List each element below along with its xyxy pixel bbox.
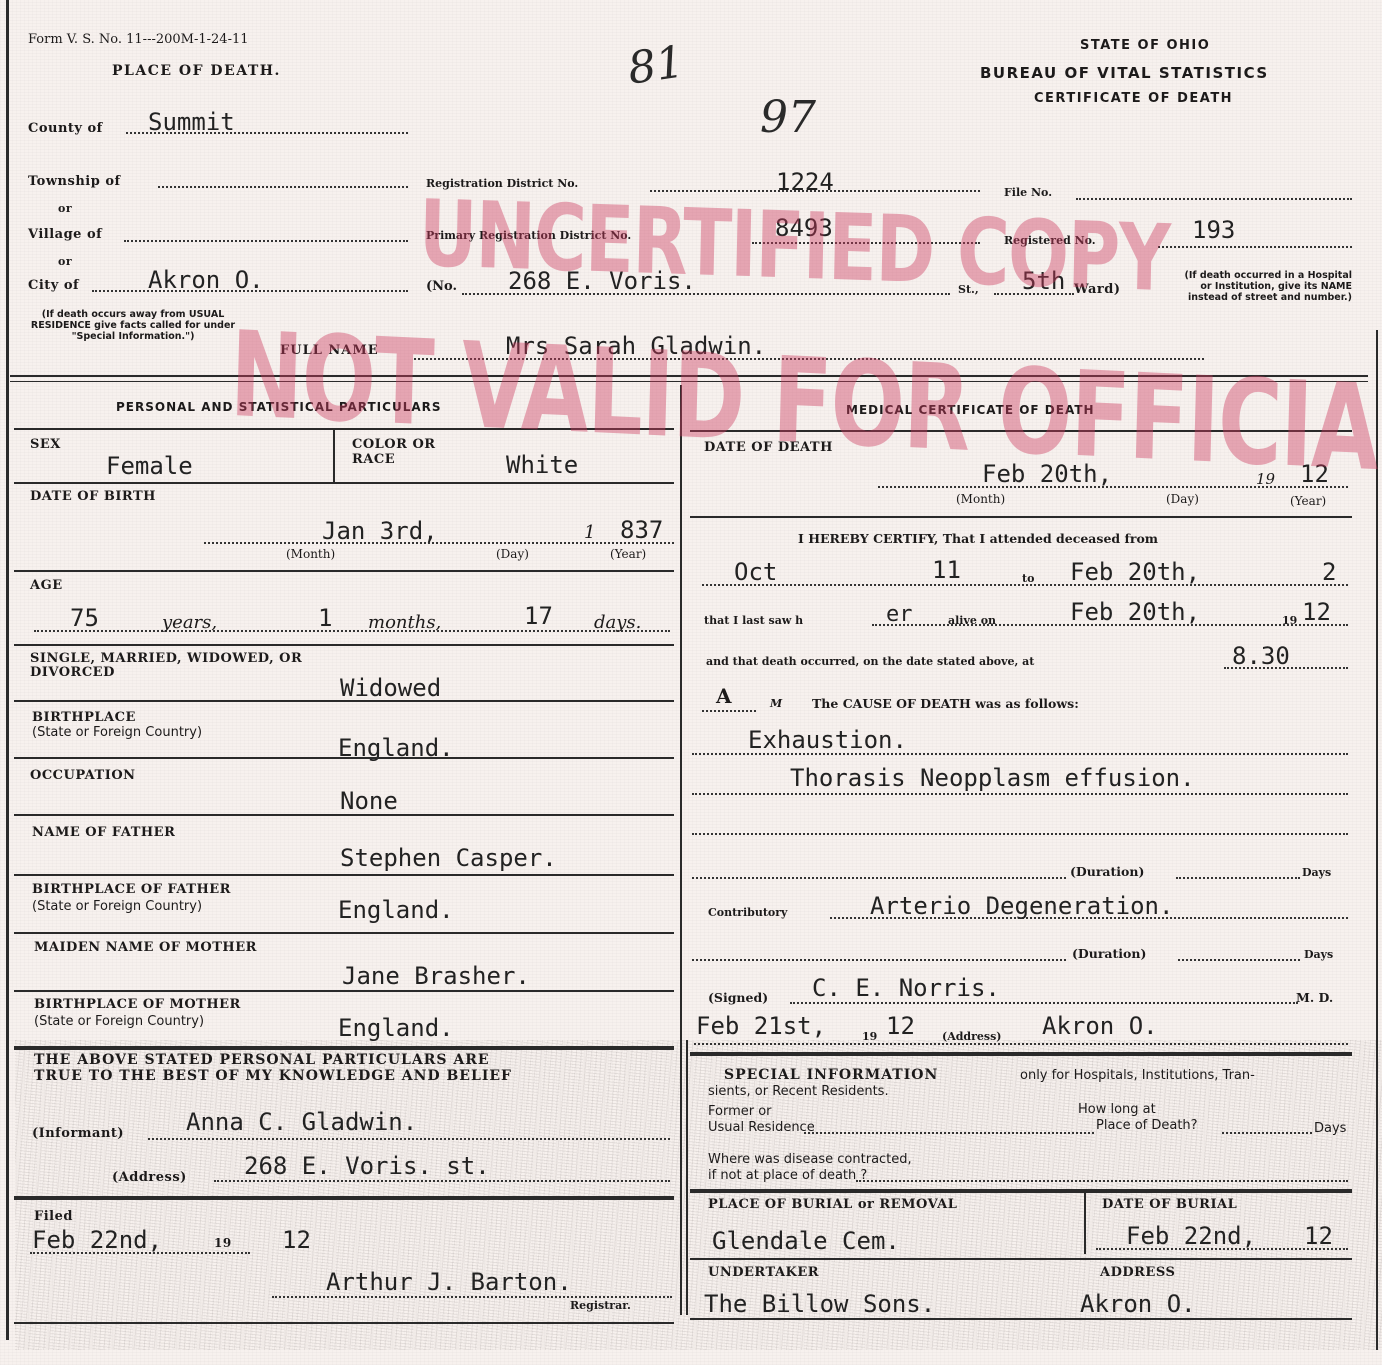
mother-birthplace-sub: (State or Foreign Country) — [34, 1014, 204, 1029]
father-name-value[interactable]: Stephen Casper. — [340, 844, 557, 872]
row-rule — [14, 700, 674, 702]
medical-heading-rule — [690, 430, 1352, 432]
days-label-2: Days — [1304, 948, 1333, 961]
right-border — [1376, 330, 1378, 1350]
how-long-label-1: How long at — [1078, 1102, 1156, 1117]
burial-place-value[interactable]: Glendale Cem. — [712, 1227, 900, 1255]
signed-date-line — [694, 1043, 1348, 1045]
handwritten-number-81: 81 — [625, 36, 688, 94]
days-label-1: Days — [1302, 866, 1331, 879]
street-no-value[interactable]: 268 E. Voris. — [508, 267, 696, 295]
row-rule — [690, 1258, 1352, 1260]
township-line[interactable] — [158, 186, 408, 188]
duration-line-2[interactable] — [692, 959, 1066, 961]
former-residence-label-1: Former or — [708, 1104, 772, 1119]
full-name-label: FULL NAME — [280, 343, 379, 358]
cause-line-3[interactable] — [692, 833, 1348, 835]
row-rule — [14, 570, 674, 572]
duration-days-line-2[interactable] — [1178, 959, 1300, 961]
dob-caption-day: (Day) — [496, 547, 529, 561]
race-label: COLOR OR RACE — [352, 437, 472, 467]
row-rule — [690, 516, 1352, 518]
personal-heading: PERSONAL AND STATISTICAL PARTICULARS — [116, 400, 442, 414]
signed-value[interactable]: C. E. Norris. — [812, 974, 1000, 1002]
street-suffix-label: St., — [958, 283, 979, 296]
m-label: M — [770, 697, 782, 710]
medical-heading: MEDICAL CERTIFICATE OF DEATH — [846, 403, 1095, 417]
signed-year-prefix: 19 — [862, 1030, 877, 1043]
father-birthplace-value[interactable]: England. — [338, 896, 454, 924]
cause-value-2[interactable]: Thorasis Neopplasm effusion. — [790, 764, 1195, 792]
row-rule-thick — [690, 1052, 1352, 1056]
special-info-heading: SPECIAL INFORMATION — [724, 1067, 938, 1083]
primary-registration-district-value[interactable]: 8493 — [775, 214, 833, 242]
dob-caption-month: (Month) — [286, 547, 335, 561]
left-border — [6, 0, 9, 1340]
disease-label-2: if not at place of death ? — [708, 1168, 867, 1183]
attended-from[interactable]: Oct — [734, 558, 777, 586]
attended-from-year[interactable]: 11 — [932, 556, 961, 584]
village-line[interactable] — [124, 240, 408, 242]
age-days-label: days. — [594, 612, 641, 633]
duration-label-2: (Duration) — [1072, 946, 1146, 961]
last-saw-label: that I last saw h — [704, 614, 803, 627]
row-rule — [14, 644, 674, 646]
row-rule — [14, 932, 674, 934]
occupation-label: OCCUPATION — [30, 768, 136, 783]
registered-no-value[interactable]: 193 — [1192, 216, 1235, 244]
city-label: City of — [28, 278, 79, 293]
mother-name-value[interactable]: Jane Brasher. — [342, 962, 530, 990]
informant-address-label: (Address) — [112, 1170, 187, 1185]
filed-date[interactable]: Feb 22nd, — [32, 1226, 162, 1254]
row-rule-thick — [690, 1189, 1352, 1193]
duration-days-line-1[interactable] — [1176, 877, 1300, 879]
column-divider-2 — [686, 1040, 688, 1315]
last-saw-date[interactable]: Feb 20th, — [1070, 598, 1200, 626]
last-saw-year-prefix: 19 — [1282, 614, 1297, 627]
row-rule — [14, 990, 674, 992]
dob-year[interactable]: 837 — [620, 516, 663, 544]
age-line — [34, 630, 670, 632]
last-saw-year[interactable]: 12 — [1302, 598, 1331, 626]
burial-date-label: DATE OF BURIAL — [1102, 1197, 1237, 1212]
last-saw-pronoun[interactable]: er — [886, 602, 913, 627]
row-rule — [14, 874, 674, 876]
how-long-label-2: Place of Death? — [1096, 1118, 1198, 1133]
row-rule — [14, 757, 674, 759]
filed-year[interactable]: 12 — [282, 1226, 311, 1254]
attended-to-year[interactable]: 2 — [1322, 558, 1336, 586]
dod-caption-month: (Month) — [956, 492, 1005, 506]
death-time-text: and that death occurred, on the date sta… — [706, 655, 1034, 668]
father-birthplace-sub: (State or Foreign Country) — [32, 899, 202, 914]
former-residence-line[interactable] — [804, 1132, 1094, 1134]
marital-value[interactable]: Widowed — [340, 674, 441, 702]
ward-value[interactable]: 5th — [1022, 267, 1065, 295]
informant-label: (Informant) — [32, 1126, 124, 1141]
village-label: Village of — [28, 227, 102, 242]
burial-place-label: PLACE OF BURIAL or REMOVAL — [708, 1197, 957, 1212]
informant-line — [148, 1138, 670, 1140]
signed-date[interactable]: Feb 21st, — [696, 1012, 826, 1040]
township-label: Township of — [28, 174, 121, 189]
special-info-heading-rest: only for Hospitals, Institutions, Tran- — [1020, 1068, 1255, 1083]
age-months-value[interactable]: 1 — [318, 604, 332, 632]
age-months-label: months, — [368, 612, 441, 633]
medical-address-value[interactable]: Akron O. — [1042, 1012, 1158, 1040]
filed-label: Filed — [34, 1209, 73, 1224]
father-birthplace-label: BIRTHPLACE OF FATHER — [32, 882, 231, 897]
header-separator-2 — [10, 381, 1368, 382]
county-label: County of — [28, 121, 103, 136]
birthplace-sub: (State or Foreign Country) — [32, 725, 202, 740]
burial-divider — [1084, 1192, 1086, 1254]
attestation-line1: THE ABOVE STATED PERSONAL PARTICULARS AR… — [34, 1052, 490, 1068]
informant-address-value[interactable]: 268 E. Voris. st. — [244, 1152, 490, 1180]
dod-month-day[interactable]: Feb 20th, — [982, 460, 1112, 488]
personal-heading-rule — [14, 428, 674, 430]
am-value[interactable]: A — [716, 684, 732, 708]
contributory-value[interactable]: Arterio Degeneration. — [870, 892, 1173, 920]
sex-race-divider — [333, 430, 335, 482]
dob-caption-year: (Year) — [610, 547, 646, 561]
occupation-value[interactable]: None — [340, 787, 398, 815]
signed-year[interactable]: 12 — [886, 1012, 915, 1040]
registered-no-label: Registered No. — [1004, 234, 1096, 247]
registered-no-line — [1158, 246, 1352, 248]
full-name-value[interactable]: Mrs Sarah Gladwin. — [506, 332, 766, 360]
how-long-line[interactable] — [1222, 1132, 1312, 1134]
street-no-label: (No. — [426, 279, 457, 294]
registrar-label: Registrar. — [570, 1299, 631, 1312]
death-time-value[interactable]: 8.30 — [1232, 642, 1290, 670]
mother-birthplace-label: BIRTHPLACE OF MOTHER — [34, 997, 241, 1012]
father-name-label: NAME OF FATHER — [32, 825, 175, 840]
dod-year[interactable]: 12 — [1300, 460, 1329, 488]
primary-registration-district-line — [752, 242, 980, 244]
row-rule — [690, 1318, 1352, 1320]
dod-year-prefix: 19 — [1256, 470, 1275, 488]
or-label-1: or — [58, 202, 72, 215]
place-of-death-heading: PLACE OF DEATH. — [112, 63, 281, 79]
undertaker-value[interactable]: The Billow Sons. — [704, 1290, 935, 1318]
row-rule — [14, 482, 674, 484]
mother-birthplace-value[interactable]: England. — [338, 1014, 454, 1042]
age-years-label: years, — [162, 612, 217, 633]
age-days-value[interactable]: 17 — [524, 602, 553, 630]
certificate-title: CERTIFICATE OF DEATH — [1034, 91, 1233, 106]
row-rule — [14, 814, 674, 816]
attended-to[interactable]: Feb 20th, — [1070, 558, 1200, 586]
dod-caption-year: (Year) — [1290, 494, 1326, 508]
cause-heading: The CAUSE OF DEATH was as follows: — [812, 696, 1079, 711]
or-label-2: or — [58, 255, 72, 268]
row-rule-thick — [14, 1046, 674, 1050]
signed-line — [790, 1002, 1298, 1004]
form-number: Form V. S. No. 11---200M-1-24-11 — [28, 32, 249, 47]
undertaker-address-label: ADDRESS — [1100, 1265, 1175, 1280]
duration-label-1: (Duration) — [1070, 864, 1144, 879]
age-years-value[interactable]: 75 — [70, 604, 99, 632]
mother-name-label: MAIDEN NAME OF MOTHER — [34, 940, 257, 955]
special-days-label: Days — [1314, 1121, 1346, 1136]
disease-line[interactable] — [856, 1180, 1348, 1182]
row-rule-thick — [14, 1196, 674, 1200]
undertaker-address-value[interactable]: Akron O. — [1080, 1290, 1196, 1318]
undertaker-label: UNDERTAKER — [708, 1265, 819, 1280]
duration-line-1[interactable] — [692, 877, 1066, 879]
handwritten-number-97: 97 — [760, 92, 816, 143]
certify-text: I HEREBY CERTIFY, That I attended deceas… — [798, 531, 1158, 546]
registrar-line — [272, 1296, 672, 1298]
cause-value-1[interactable]: Exhaustion. — [748, 726, 907, 754]
ward-label: Ward) — [1074, 282, 1120, 297]
informant-address-line — [214, 1180, 670, 1182]
to-label: to — [1022, 572, 1034, 585]
attestation-line2: TRUE TO THE BEST OF MY KNOWLEDGE AND BEL… — [34, 1068, 512, 1084]
birthplace-label: BIRTHPLACE — [32, 710, 136, 725]
filed-year-prefix: 19 — [214, 1236, 232, 1250]
am-line — [702, 710, 756, 712]
residence-note: (If death occurs away from USUAL RESIDEN… — [24, 309, 242, 342]
dod-line — [878, 486, 1348, 488]
hospital-note: (If death occurred in a Hospital or Inst… — [1172, 270, 1352, 303]
dod-caption-day: (Day) — [1166, 492, 1199, 506]
registration-district-value[interactable]: 1224 — [776, 168, 834, 196]
cause-line-2 — [692, 793, 1348, 795]
disease-label-1: Where was disease contracted, — [708, 1152, 912, 1167]
dob-label: DATE OF BIRTH — [30, 489, 156, 504]
county-value[interactable]: Summit — [148, 108, 235, 136]
bureau-title: BUREAU OF VITAL STATISTICS — [980, 64, 1269, 82]
special-info-heading-line2: sients, or Recent Residents. — [708, 1084, 889, 1099]
age-label: AGE — [30, 578, 63, 593]
file-no-label: File No. — [1004, 186, 1052, 199]
contributory-label: Contributory — [708, 906, 787, 919]
dod-label: DATE OF DEATH — [704, 440, 833, 455]
registrar-name[interactable]: Arthur J. Barton. — [326, 1268, 572, 1296]
registration-district-label: Registration District No. — [426, 177, 578, 190]
alive-on-label: alive on — [948, 614, 996, 627]
marital-label: SINGLE, MARRIED, WIDOWED, OR DIVORCED — [30, 652, 340, 680]
row-rule — [14, 1322, 674, 1324]
primary-registration-district-label: Primary Registration District No. — [426, 229, 631, 242]
medical-address-label: (Address) — [942, 1030, 1002, 1043]
header-separator — [10, 375, 1368, 377]
sex-label: SEX — [30, 437, 61, 452]
dob-month-day[interactable]: Jan 3rd, — [322, 517, 438, 545]
signed-label: (Signed) — [708, 990, 768, 1005]
burial-date-value[interactable]: Feb 22nd, — [1126, 1222, 1256, 1250]
race-value[interactable]: White — [506, 451, 578, 479]
state-title: STATE OF OHIO — [1080, 38, 1210, 53]
burial-date-year[interactable]: 12 — [1304, 1222, 1333, 1250]
paper-texture — [0, 0, 1382, 1365]
city-value[interactable]: Akron O. — [148, 266, 264, 294]
dob-year-prefix: 1 — [584, 522, 595, 543]
informant-value[interactable]: Anna C. Gladwin. — [186, 1108, 417, 1136]
md-label: M. D. — [1296, 990, 1333, 1005]
former-residence-label-2: Usual Residence — [708, 1120, 815, 1135]
dob-line — [204, 542, 674, 544]
file-no-line[interactable] — [1076, 198, 1352, 200]
sex-value[interactable]: Female — [106, 452, 193, 480]
column-divider — [680, 385, 682, 1315]
